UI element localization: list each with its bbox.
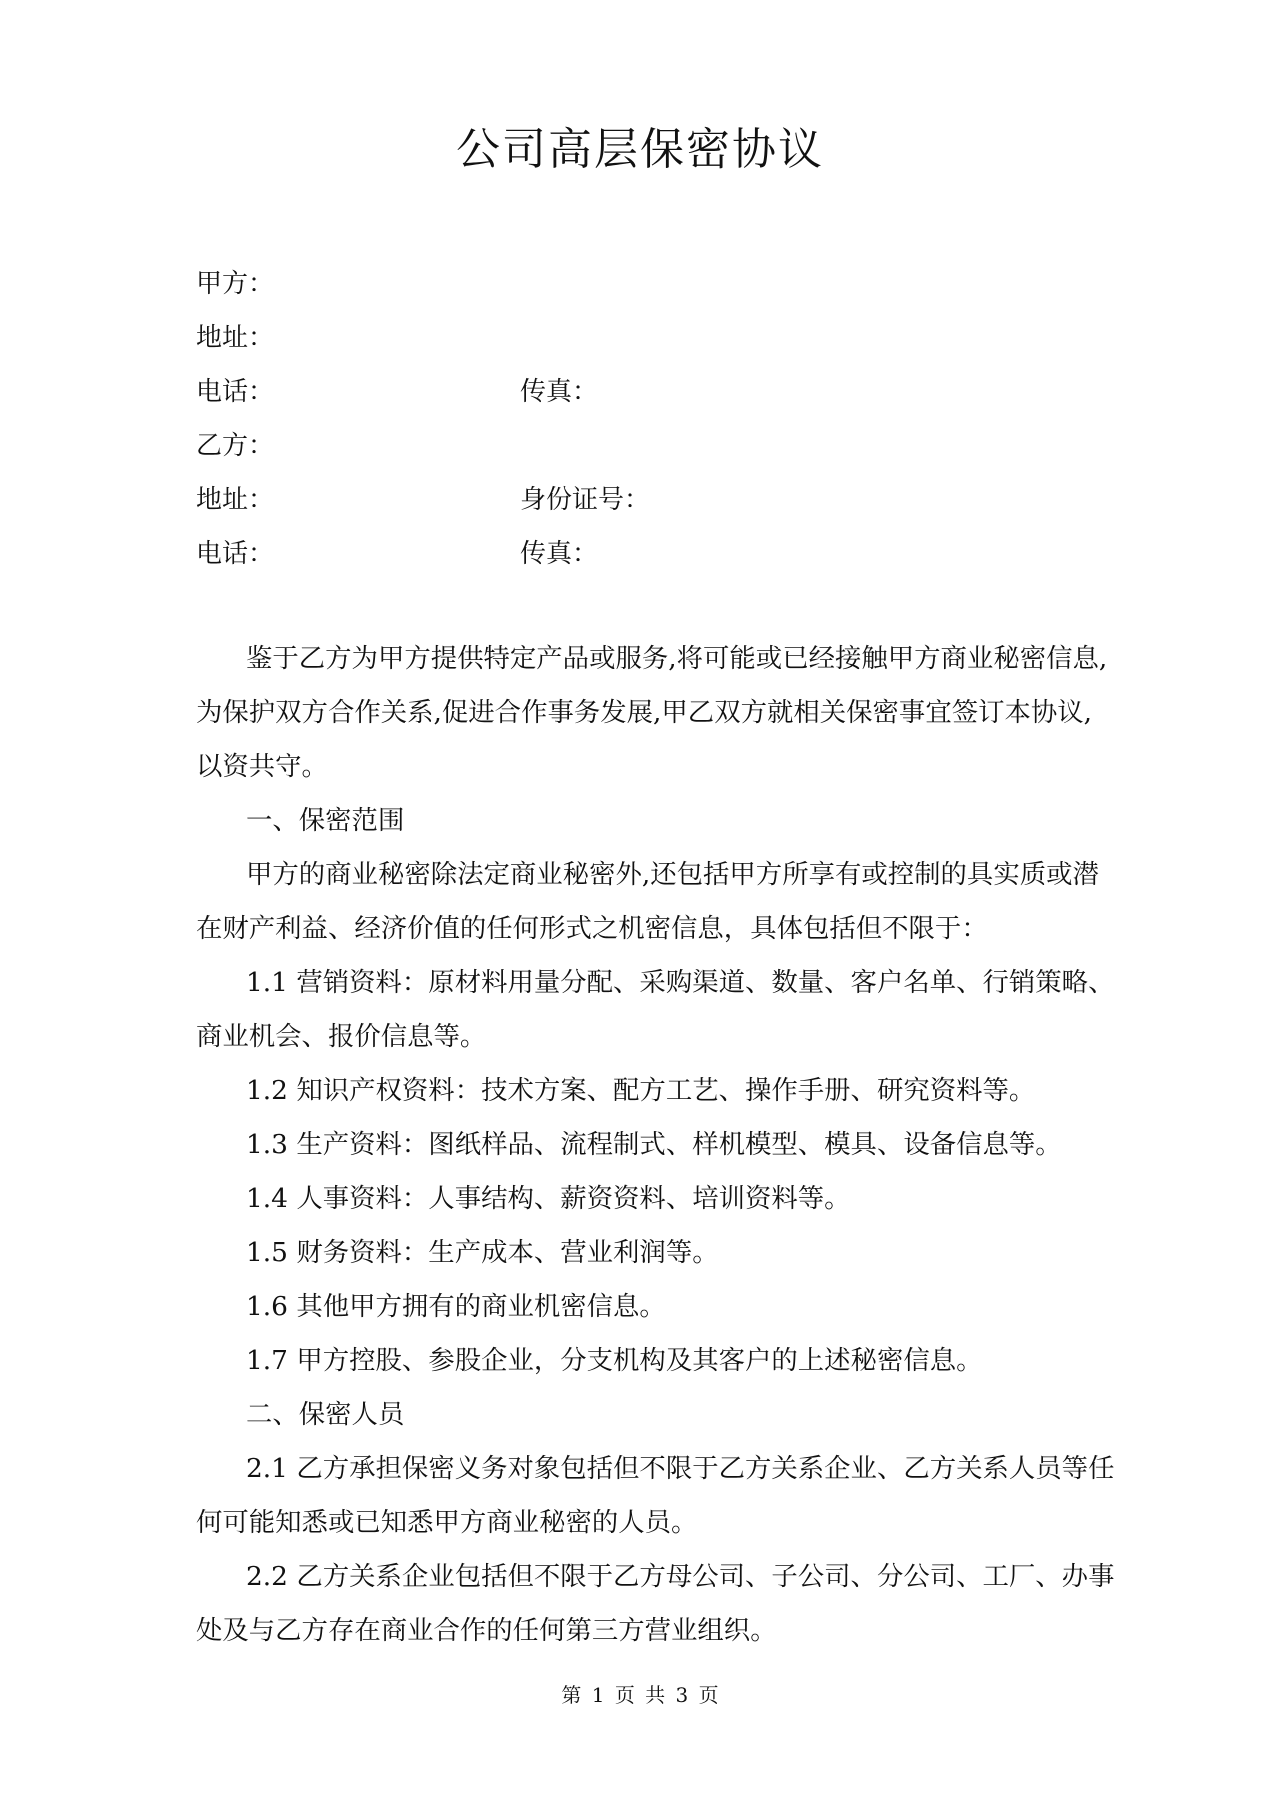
section-heading-1: 一、保密范围	[246, 805, 404, 837]
document-title: 公司高层保密协议	[0, 122, 1280, 178]
clause-2-2-line-2: 处及与乙方存在商业合作的任何第三方营业组织。	[196, 1615, 777, 1647]
party-b-address-label: 地址：	[196, 484, 274, 516]
party-b-fax-label: 传真：	[520, 538, 598, 570]
preamble-line-1: 鉴于乙方为甲方提供特定产品或服务,将可能或已经接触甲方商业秘密信息,	[246, 643, 1107, 675]
document-page: 公司高层保密协议 甲方： 地址： 电话： 传真： 乙方： 地址： 身份证号： 电…	[0, 0, 1280, 1810]
page-number-footer: 第 1 页 共 3 页	[0, 1682, 1280, 1708]
section-heading-2: 二、保密人员	[246, 1399, 404, 1431]
preamble-line-2: 为保护双方合作关系,促进合作事务发展,甲乙双方就相关保密事宜签订本协议,	[196, 697, 1092, 729]
party-a-label: 甲方：	[196, 268, 274, 300]
clause-2-1-line-2: 何可能知悉或已知悉甲方商业秘密的人员。	[196, 1507, 697, 1539]
party-b-phone-label: 电话：	[196, 538, 274, 570]
clause-1-3: 1.3 生产资料：图纸样品、流程制式、样机模型、模具、设备信息等。	[246, 1129, 1062, 1161]
clause-1-6: 1.6 其他甲方拥有的商业机密信息。	[246, 1291, 666, 1323]
clause-1-1-line-1: 1.1 营销资料：原材料用量分配、采购渠道、数量、客户名单、行销策略、	[246, 967, 1114, 999]
section-1-intro-line-1: 甲方的商业秘密除法定商业秘密外,还包括甲方所享有或控制的具实质或潜	[246, 859, 1099, 891]
preamble-line-3: 以资共守。	[196, 751, 328, 783]
clause-1-2: 1.2 知识产权资料：技术方案、配方工艺、操作手册、研究资料等。	[246, 1075, 1035, 1107]
clause-1-7: 1.7 甲方控股、参股企业，分支机构及其客户的上述秘密信息。	[246, 1345, 983, 1377]
party-b-label: 乙方：	[196, 430, 274, 462]
party-b-id-label: 身份证号：	[520, 484, 650, 516]
clause-1-5: 1.5 财务资料：生产成本、营业利润等。	[246, 1237, 719, 1269]
section-1-intro-line-2: 在财产利益、经济价值的任何形式之机密信息，具体包括但不限于：	[196, 913, 988, 945]
clause-2-2-line-1: 2.2 乙方关系企业包括但不限于乙方母公司、子公司、分公司、工厂、办事	[246, 1561, 1114, 1593]
clause-1-4: 1.4 人事资料：人事结构、薪资资料、培训资料等。	[246, 1183, 851, 1215]
clause-1-1-line-2: 商业机会、报价信息等。	[196, 1021, 486, 1053]
clause-2-1-line-1: 2.1 乙方承担保密义务对象包括但不限于乙方关系企业、乙方关系人员等任	[246, 1453, 1114, 1485]
party-a-address-label: 地址：	[196, 322, 274, 354]
party-a-phone-label: 电话：	[196, 376, 274, 408]
party-a-fax-label: 传真：	[520, 376, 598, 408]
